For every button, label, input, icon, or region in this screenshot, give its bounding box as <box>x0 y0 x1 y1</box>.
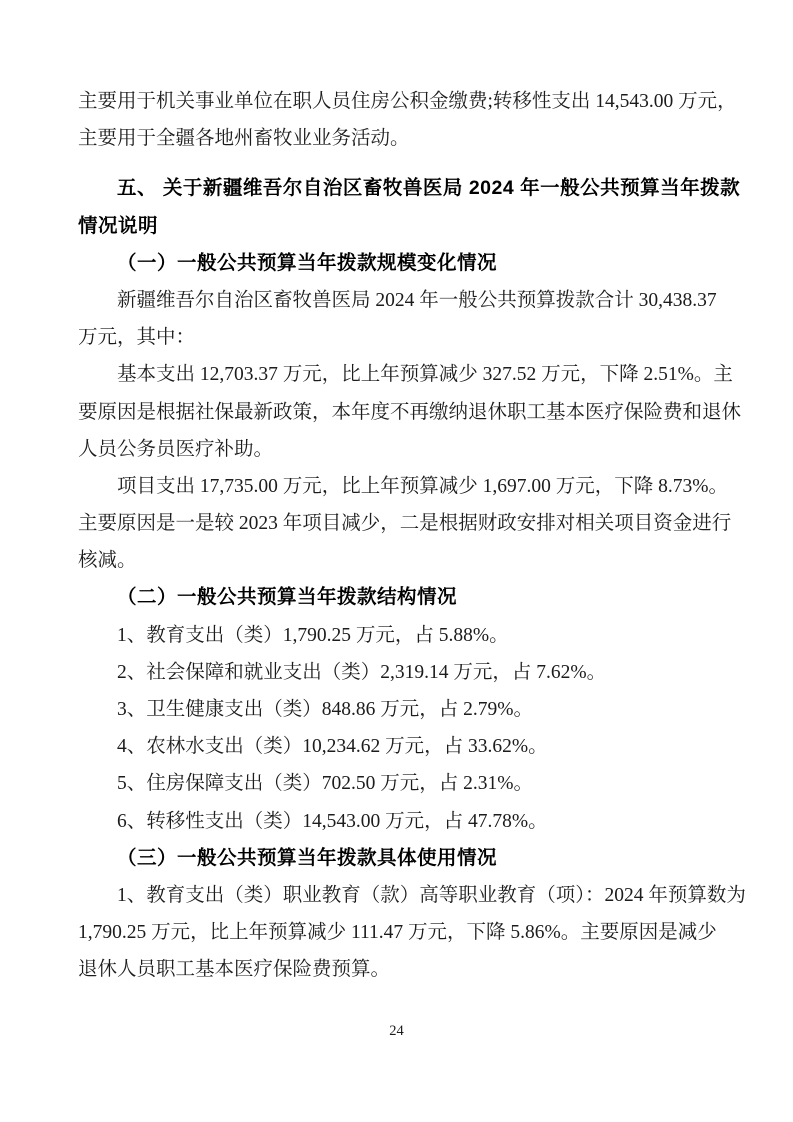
education-detail-paragraph: 1、教育支出（类）职业教育（款）高等职业教育（项）：2024 年预算数为 1,7… <box>78 877 715 989</box>
text-line: 新疆维吾尔自治区畜牧兽医局 2024 年一般公共预算拨款合计 30,438.37 <box>78 282 715 319</box>
structure-item-2: 2、社会保障和就业支出（类）2,319.14 万元，占 7.62%。 <box>78 654 715 691</box>
text-line: 基本支出 12,703.37 万元，比上年预算减少 327.52 万元，下降 2… <box>78 356 715 393</box>
subsection-3-heading: （三）一般公共预算当年拨款具体使用情况 <box>78 840 715 877</box>
heading-line: 五、 关于新疆维吾尔自治区畜牧兽医局 2024 年一般公共预算当年拨款 <box>78 170 715 207</box>
structure-item-1: 1、教育支出（类）1,790.25 万元，占 5.88%。 <box>78 617 715 654</box>
list-item: 1、教育支出（类）1,790.25 万元，占 5.88%。 <box>78 617 715 654</box>
structure-item-6: 6、转移性支出（类）14,543.00 万元，占 47.78%。 <box>78 803 715 840</box>
section-5-heading: 五、 关于新疆维吾尔自治区畜牧兽医局 2024 年一般公共预算当年拨款 情况说明 <box>78 170 715 244</box>
text-line: 主要原因是一是较 2023 年项目减少，二是根据财政安排对相关项目资金进行 <box>78 505 715 542</box>
list-item: 6、转移性支出（类）14,543.00 万元，占 47.78%。 <box>78 803 715 840</box>
heading-line: （二）一般公共预算当年拨款结构情况 <box>78 579 715 616</box>
text-line: 主要用于机关事业单位在职人员住房公积金缴费;转移性支出 14,543.00 万元… <box>78 83 715 120</box>
text-line: 退休人员职工基本医疗保险费预算。 <box>78 951 715 988</box>
document-page: 主要用于机关事业单位在职人员住房公积金缴费;转移性支出 14,543.00 万元… <box>0 0 793 1122</box>
subsection-2-heading: （二）一般公共预算当年拨款结构情况 <box>78 579 715 616</box>
basic-expenditure-paragraph: 基本支出 12,703.37 万元，比上年预算减少 327.52 万元，下降 2… <box>78 356 715 468</box>
structure-item-4: 4、农林水支出（类）10,234.62 万元，占 33.62%。 <box>78 728 715 765</box>
text-line: 核减。 <box>78 542 715 579</box>
list-item: 5、住房保障支出（类）702.50 万元，占 2.31%。 <box>78 765 715 802</box>
list-item: 2、社会保障和就业支出（类）2,319.14 万元，占 7.62%。 <box>78 654 715 691</box>
project-expenditure-paragraph: 项目支出 17,735.00 万元，比上年预算减少 1,697.00 万元，下降… <box>78 468 715 580</box>
total-allocation-paragraph: 新疆维吾尔自治区畜牧兽医局 2024 年一般公共预算拨款合计 30,438.37… <box>78 282 715 356</box>
text-line: 要原因是根据社保最新政策，本年度不再缴纳退休职工基本医疗保险费和退休 <box>78 394 715 431</box>
text-line: 项目支出 17,735.00 万元，比上年预算减少 1,697.00 万元，下降… <box>78 468 715 505</box>
text-line: 万元，其中： <box>78 319 715 356</box>
subsection-1-heading: （一）一般公共预算当年拨款规模变化情况 <box>78 245 715 282</box>
carryover-paragraph: 主要用于机关事业单位在职人员住房公积金缴费;转移性支出 14,543.00 万元… <box>78 83 715 157</box>
document-body: 主要用于机关事业单位在职人员住房公积金缴费;转移性支出 14,543.00 万元… <box>78 83 715 989</box>
heading-line: （一）一般公共预算当年拨款规模变化情况 <box>78 245 715 282</box>
list-item: 3、卫生健康支出（类）848.86 万元，占 2.79%。 <box>78 691 715 728</box>
structure-item-3: 3、卫生健康支出（类）848.86 万元，占 2.79%。 <box>78 691 715 728</box>
list-item: 4、农林水支出（类）10,234.62 万元，占 33.62%。 <box>78 728 715 765</box>
text-line: 主要用于全疆各地州畜牧业业务活动。 <box>78 120 715 157</box>
text-line: 1,790.25 万元，比上年预算减少 111.47 万元，下降 5.86%。主… <box>78 914 715 951</box>
heading-line: 情况说明 <box>78 208 715 245</box>
text-line: 人员公务员医疗补助。 <box>78 431 715 468</box>
structure-item-5: 5、住房保障支出（类）702.50 万元，占 2.31%。 <box>78 765 715 802</box>
page-number: 24 <box>0 1021 793 1041</box>
heading-line: （三）一般公共预算当年拨款具体使用情况 <box>78 840 715 877</box>
text-line: 1、教育支出（类）职业教育（款）高等职业教育（项）：2024 年预算数为 <box>78 877 715 914</box>
